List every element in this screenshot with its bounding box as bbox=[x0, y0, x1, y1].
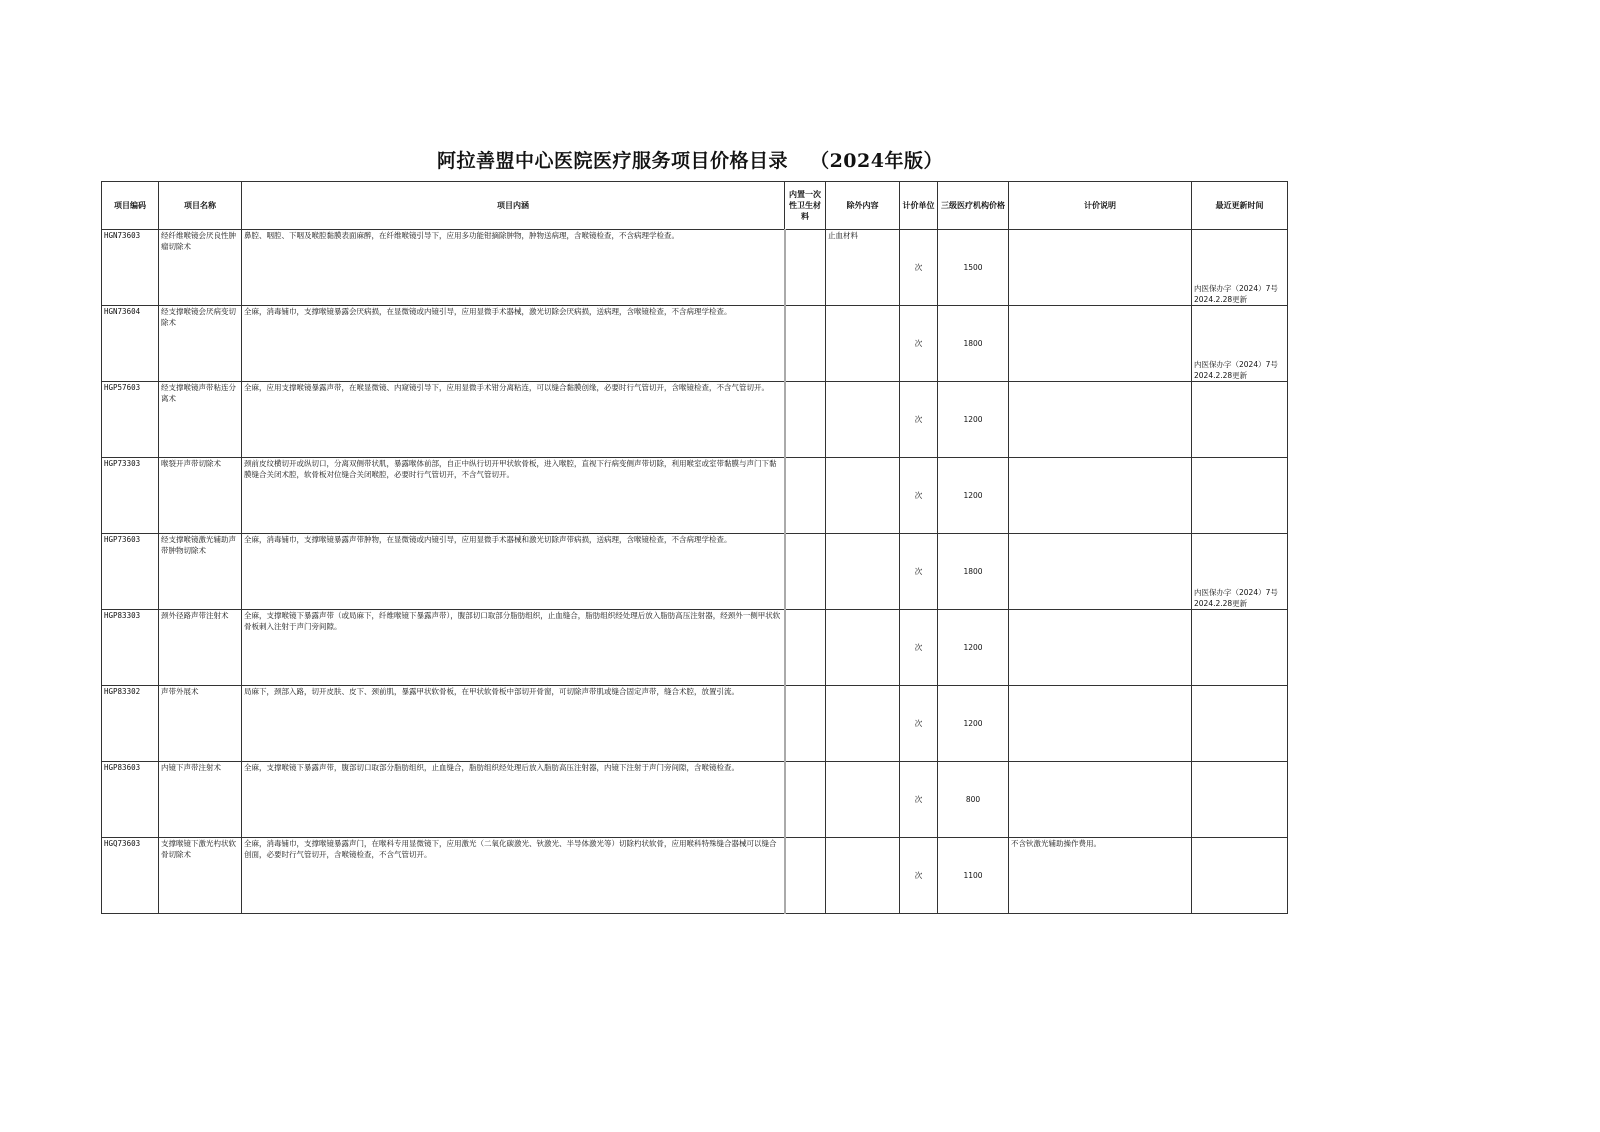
cell-code: HGQ73603 bbox=[102, 838, 159, 914]
table-row: HGN73604 经支撑喉镜会厌病变切除术 全麻，消毒铺巾，支撑喉镜暴露会厌病损… bbox=[102, 306, 1288, 382]
cell-unit: 次 bbox=[900, 686, 938, 762]
cell-updated bbox=[1192, 382, 1288, 458]
cell-consumables bbox=[785, 610, 826, 686]
cell-exclusions bbox=[826, 838, 900, 914]
cell-unit: 次 bbox=[900, 230, 938, 306]
cell-code: HGP83302 bbox=[102, 686, 159, 762]
cell-notes bbox=[1009, 230, 1192, 306]
cell-code: HGP83603 bbox=[102, 762, 159, 838]
cell-price: 1500 bbox=[938, 230, 1009, 306]
cell-consumables bbox=[785, 458, 826, 534]
cell-consumables bbox=[785, 306, 826, 382]
page-title: 阿拉善盟中心医院医疗服务项目价格目录（2024年版） bbox=[0, 146, 1380, 173]
cell-code: HGN73603 bbox=[102, 230, 159, 306]
cell-unit: 次 bbox=[900, 306, 938, 382]
cell-content: 颈前皮纹横切开或纵切口，分离双侧带状肌，暴露喉体前部，自正中纵行切开甲状软骨板，… bbox=[242, 458, 785, 534]
title-edition: （2024年版） bbox=[810, 150, 943, 172]
table-row: HGP83303 颈外径路声带注射术 全麻，支撑喉镜下暴露声带（或局麻下，纤维喉… bbox=[102, 610, 1288, 686]
cell-name: 经纤维喉镜会厌良性肿瘤切除术 bbox=[159, 230, 242, 306]
cell-price: 1800 bbox=[938, 534, 1009, 610]
header-exclusions: 除外内容 bbox=[826, 182, 900, 230]
cell-content: 局麻下，颈部入路，切开皮肤、皮下、颈前肌，暴露甲状软骨板，在甲状软骨板中部切开骨… bbox=[242, 686, 785, 762]
table-row: HGN73603 经纤维喉镜会厌良性肿瘤切除术 鼻腔、咽腔、下咽及喉腔黏膜表面麻… bbox=[102, 230, 1288, 306]
cell-content: 全麻，支撑喉镜下暴露声带（或局麻下，纤维喉镜下暴露声带），腹部切口取部分脂肪组织… bbox=[242, 610, 785, 686]
cell-price: 1100 bbox=[938, 838, 1009, 914]
cell-price: 1200 bbox=[938, 382, 1009, 458]
cell-unit: 次 bbox=[900, 382, 938, 458]
cell-updated bbox=[1192, 458, 1288, 534]
table-row: HGP83603 内镜下声带注射术 全麻，支撑喉镜下暴露声带，腹部切口取部分脂肪… bbox=[102, 762, 1288, 838]
cell-updated: 内医保办字（2024）7号 2024.2.28更新 bbox=[1192, 230, 1288, 306]
cell-updated: 内医保办字（2024）7号 2024.2.28更新 bbox=[1192, 534, 1288, 610]
cell-consumables bbox=[785, 534, 826, 610]
cell-notes: 不含钬激光辅助操作费用。 bbox=[1009, 838, 1192, 914]
table-row: HGP73603 经支撑喉镜激光辅助声带肿物切除术 全麻，消毒铺巾，支撑喉镜暴露… bbox=[102, 534, 1288, 610]
cell-price: 1200 bbox=[938, 610, 1009, 686]
cell-exclusions bbox=[826, 458, 900, 534]
table-row: HGP73303 喉裂开声带切除术 颈前皮纹横切开或纵切口，分离双侧带状肌，暴露… bbox=[102, 458, 1288, 534]
cell-content: 全麻，应用支撑喉镜暴露声带，在喉显微镜、内窥镜引导下，应用显微手术钳分离粘连，可… bbox=[242, 382, 785, 458]
header-code: 项目编码 bbox=[102, 182, 159, 230]
cell-content: 鼻腔、咽腔、下咽及喉腔黏膜表面麻醉，在纤维喉镜引导下，应用多功能钳摘除肿物，肿物… bbox=[242, 230, 785, 306]
cell-notes bbox=[1009, 762, 1192, 838]
cell-unit: 次 bbox=[900, 762, 938, 838]
cell-content: 全麻，消毒铺巾，支撑喉镜暴露声门，在喉科专用显微镜下，应用激光（二氧化碳激光、钬… bbox=[242, 838, 785, 914]
cell-price: 1200 bbox=[938, 458, 1009, 534]
cell-consumables bbox=[785, 686, 826, 762]
price-table: 项目编码 项目名称 项目内涵 内置一次性卫生材料 除外内容 计价单位 三级医疗机… bbox=[101, 181, 1288, 914]
cell-consumables bbox=[785, 230, 826, 306]
cell-unit: 次 bbox=[900, 610, 938, 686]
cell-name: 支撑喉镜下激光杓状软骨切除术 bbox=[159, 838, 242, 914]
cell-name: 经支撑喉镜激光辅助声带肿物切除术 bbox=[159, 534, 242, 610]
cell-consumables bbox=[785, 838, 826, 914]
cell-name: 声带外展术 bbox=[159, 686, 242, 762]
cell-name: 喉裂开声带切除术 bbox=[159, 458, 242, 534]
cell-price: 1200 bbox=[938, 686, 1009, 762]
cell-name: 经支撑喉镜声带粘连分离术 bbox=[159, 382, 242, 458]
cell-exclusions bbox=[826, 534, 900, 610]
cell-unit: 次 bbox=[900, 458, 938, 534]
cell-consumables bbox=[785, 762, 826, 838]
table-row: HGQ73603 支撑喉镜下激光杓状软骨切除术 全麻，消毒铺巾，支撑喉镜暴露声门… bbox=[102, 838, 1288, 914]
cell-updated bbox=[1192, 610, 1288, 686]
header-consumables: 内置一次性卫生材料 bbox=[785, 182, 826, 230]
cell-notes bbox=[1009, 610, 1192, 686]
cell-content: 全麻，消毒铺巾，支撑喉镜暴露声带肿物，在显微镜或内镜引导，应用显微手术器械和激光… bbox=[242, 534, 785, 610]
cell-exclusions bbox=[826, 382, 900, 458]
cell-code: HGP57603 bbox=[102, 382, 159, 458]
cell-content: 全麻，支撑喉镜下暴露声带，腹部切口取部分脂肪组织，止血缝合，脂肪组织经处理后放入… bbox=[242, 762, 785, 838]
title-text: 阿拉善盟中心医院医疗服务项目价格目录 bbox=[437, 150, 788, 172]
cell-exclusions bbox=[826, 306, 900, 382]
cell-name: 颈外径路声带注射术 bbox=[159, 610, 242, 686]
table-row: HGP83302 声带外展术 局麻下，颈部入路，切开皮肤、皮下、颈前肌，暴露甲状… bbox=[102, 686, 1288, 762]
cell-consumables bbox=[785, 382, 826, 458]
cell-exclusions: 止血材料 bbox=[826, 230, 900, 306]
cell-updated bbox=[1192, 762, 1288, 838]
header-content: 项目内涵 bbox=[242, 182, 785, 230]
header-price: 三级医疗机构价格 bbox=[938, 182, 1009, 230]
cell-code: HGN73604 bbox=[102, 306, 159, 382]
table-row: HGP57603 经支撑喉镜声带粘连分离术 全麻，应用支撑喉镜暴露声带，在喉显微… bbox=[102, 382, 1288, 458]
cell-name: 内镜下声带注射术 bbox=[159, 762, 242, 838]
cell-updated bbox=[1192, 686, 1288, 762]
cell-content: 全麻，消毒铺巾，支撑喉镜暴露会厌病损，在显微镜或内镜引导，应用显微手术器械，激光… bbox=[242, 306, 785, 382]
cell-notes bbox=[1009, 686, 1192, 762]
cell-unit: 次 bbox=[900, 838, 938, 914]
cell-code: HGP73603 bbox=[102, 534, 159, 610]
cell-unit: 次 bbox=[900, 534, 938, 610]
header-unit: 计价单位 bbox=[900, 182, 938, 230]
cell-exclusions bbox=[826, 686, 900, 762]
cell-price: 1800 bbox=[938, 306, 1009, 382]
table-header-row: 项目编码 项目名称 项目内涵 内置一次性卫生材料 除外内容 计价单位 三级医疗机… bbox=[102, 182, 1288, 230]
cell-price: 800 bbox=[938, 762, 1009, 838]
cell-exclusions bbox=[826, 610, 900, 686]
cell-name: 经支撑喉镜会厌病变切除术 bbox=[159, 306, 242, 382]
header-updated: 最近更新时间 bbox=[1192, 182, 1288, 230]
cell-exclusions bbox=[826, 762, 900, 838]
cell-notes bbox=[1009, 534, 1192, 610]
cell-updated: 内医保办字（2024）7号 2024.2.28更新 bbox=[1192, 306, 1288, 382]
cell-code: HGP83303 bbox=[102, 610, 159, 686]
header-name: 项目名称 bbox=[159, 182, 242, 230]
cell-notes bbox=[1009, 458, 1192, 534]
cell-notes bbox=[1009, 306, 1192, 382]
cell-code: HGP73303 bbox=[102, 458, 159, 534]
cell-updated bbox=[1192, 838, 1288, 914]
cell-notes bbox=[1009, 382, 1192, 458]
header-notes: 计价说明 bbox=[1009, 182, 1192, 230]
